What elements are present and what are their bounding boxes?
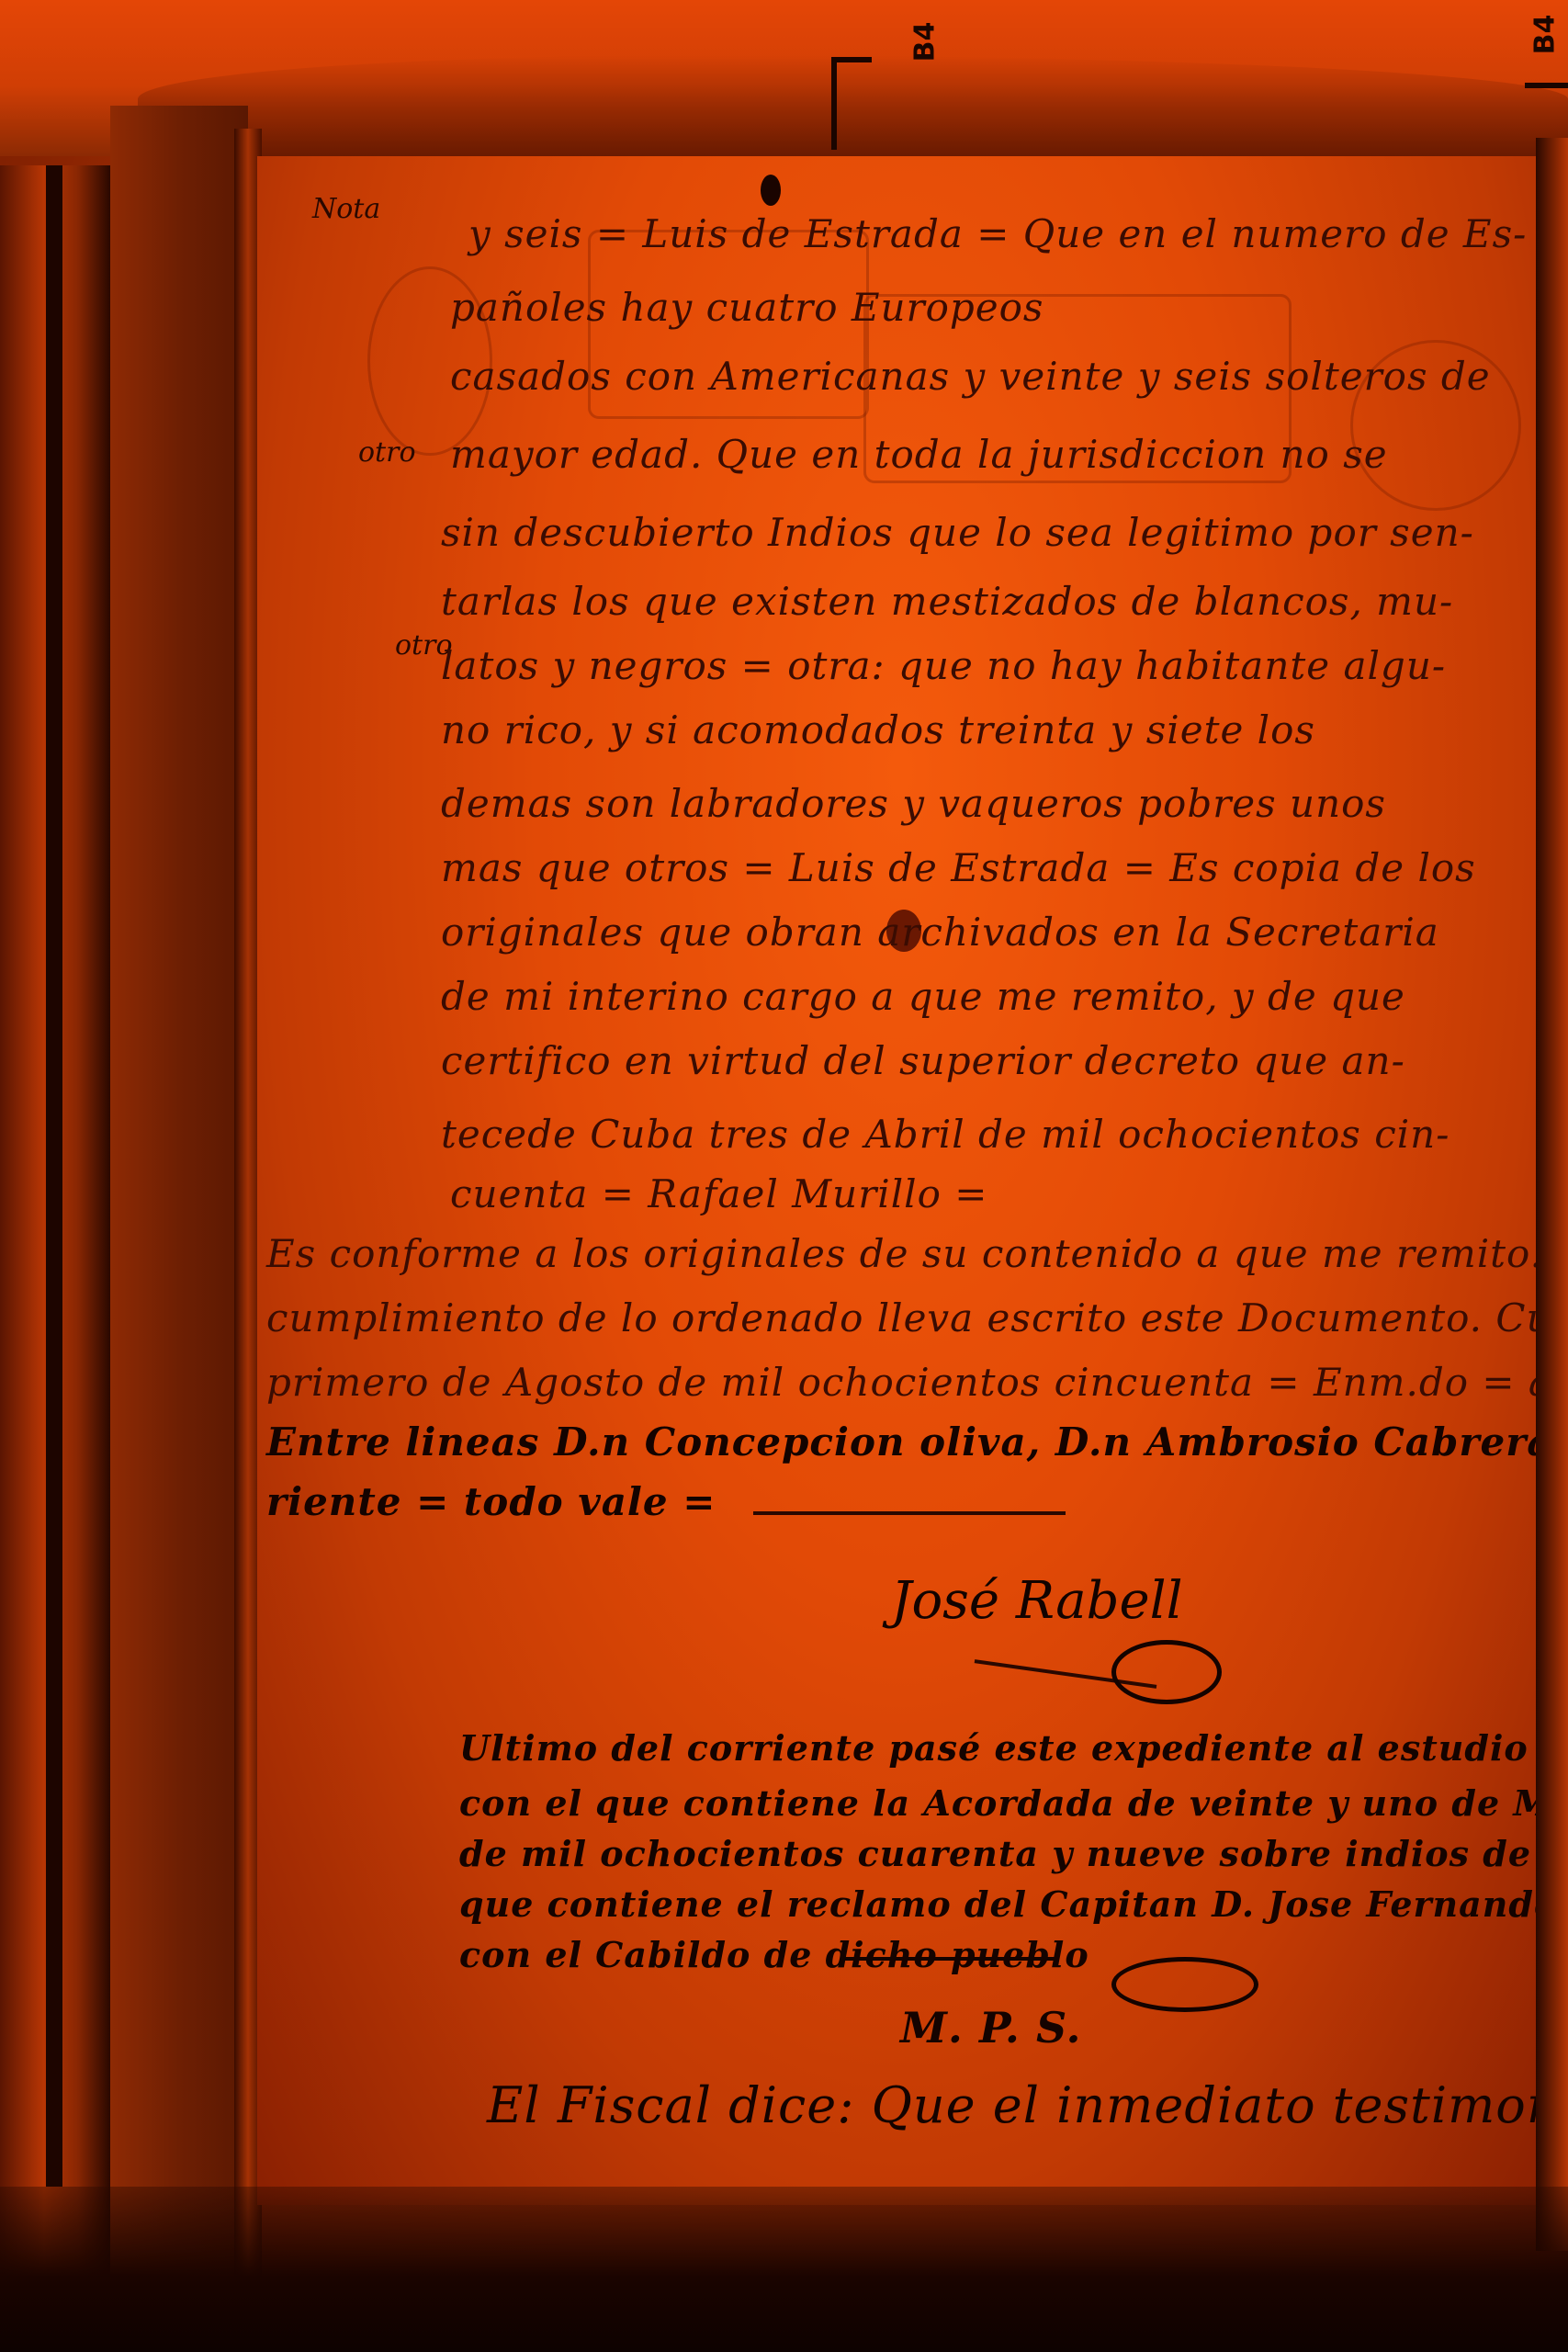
bottom-shadow bbox=[0, 2187, 1568, 2352]
signature-rubric bbox=[1111, 1640, 1222, 1704]
body-line: mayor edad. Que en toda la jurisdiccion … bbox=[450, 432, 1388, 477]
body-line: cuenta = Rafael Murillo = bbox=[450, 1171, 987, 1216]
signature-jose-rabell: José Rabell bbox=[891, 1571, 1183, 1631]
decree-line: de mil ochocientos cuarenta y nueve sobr… bbox=[459, 1833, 1568, 1874]
decree-line: Ultimo del corriente pasé este expedient… bbox=[459, 1727, 1568, 1769]
margin-note-nota: Nota bbox=[312, 193, 380, 225]
body-line: casados con Americanas y veinte y seis s… bbox=[450, 354, 1491, 399]
archive-marker-b4: B4 bbox=[908, 22, 941, 62]
page-right-edge bbox=[1536, 138, 1568, 2251]
body-line: no rico, y si acomodados treinta y siete… bbox=[441, 707, 1315, 752]
certification-line: primero de Agosto de mil ochocientos cin… bbox=[266, 1360, 1568, 1405]
ink-blot bbox=[761, 175, 781, 206]
salutation: M. P. S. bbox=[900, 2003, 1082, 2052]
body-line: tarlas los que existen mestizados de bla… bbox=[441, 579, 1453, 624]
decree-line: que contiene el reclamo del Capitan D. J… bbox=[459, 1883, 1568, 1925]
body-line: originales que obran archivados en la Se… bbox=[441, 910, 1439, 955]
closing-rule bbox=[753, 1511, 1066, 1515]
body-line: demas son labradores y vaqueros pobres u… bbox=[441, 781, 1386, 826]
body-line: mas que otros = Luis de Estrada = Es cop… bbox=[441, 845, 1476, 890]
book-binding-cover bbox=[110, 106, 248, 2274]
archive-marker-b4-right: B4 bbox=[1529, 15, 1561, 55]
body-line: tecede Cuba tres de Abril de mil ochocie… bbox=[441, 1112, 1450, 1157]
fiscal-line: El Fiscal dice: Que el inmediato testimo… bbox=[487, 2076, 1568, 2134]
crop-marker-right bbox=[1525, 83, 1568, 88]
body-line: sin descubierto Indios que lo sea legiti… bbox=[441, 510, 1474, 555]
body-line: certifico en virtud del superior decreto… bbox=[441, 1038, 1405, 1083]
decree-closing-rule bbox=[845, 1957, 1056, 1961]
certification-line: Entre lineas D.n Concepcion oliva, D.n A… bbox=[266, 1419, 1568, 1464]
decree-line: con el Cabildo de dicho pueblo bbox=[459, 1934, 1089, 1975]
crop-marker-bracket bbox=[831, 57, 872, 150]
body-line: y seis = Luis de Estrada = Que en el num… bbox=[468, 211, 1527, 256]
certification-line: riente = todo vale = bbox=[266, 1479, 716, 1524]
body-line: de mi interino cargo a que me remito, y … bbox=[441, 974, 1405, 1019]
margin-note-otro: otro bbox=[358, 436, 416, 469]
binding-strap bbox=[46, 165, 62, 2187]
certification-line: Es conforme a los originales de su conte… bbox=[266, 1231, 1568, 1276]
body-line: latos y negros = otra: que no hay habita… bbox=[441, 643, 1446, 688]
manuscript-page: Nota otro otro y seis = Luis de Estrada … bbox=[257, 156, 1543, 2205]
decree-line: con el que contiene la Acordada de veint… bbox=[459, 1782, 1568, 1824]
body-line: pañoles hay cuatro Europeos bbox=[450, 285, 1043, 330]
certification-line: cumplimiento de lo ordenado lleva escrit… bbox=[266, 1295, 1568, 1340]
decree-rubric bbox=[1111, 1957, 1258, 2012]
